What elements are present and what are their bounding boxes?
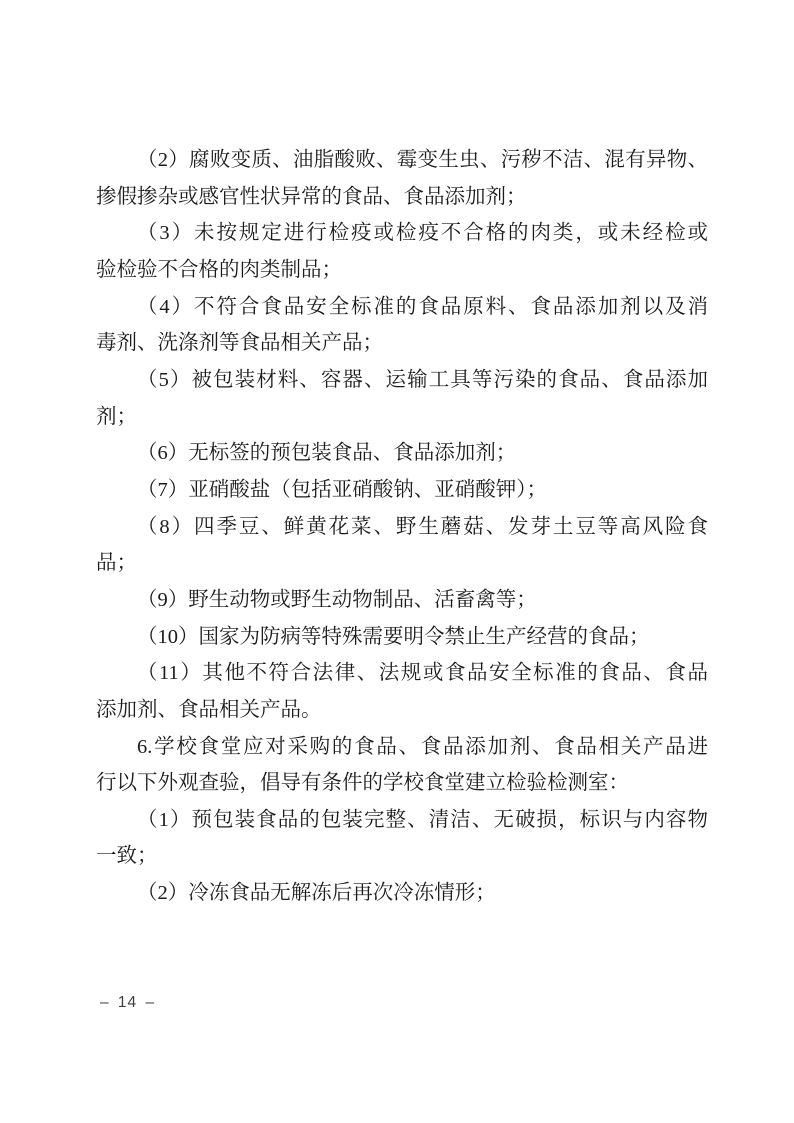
text-line: （6）无标签的预包装食品、食品添加剂； — [96, 435, 708, 472]
text-line: （9）野生动物或野生动物制品、活畜禽等； — [96, 582, 708, 619]
text-line: 6.学校食堂应对采购的食品、食品添加剂、食品相关产品进 — [96, 729, 708, 766]
text-line: （2）冷冻食品无解冻后再次冷冻情形； — [96, 875, 708, 912]
text-line: （5）被包装材料、容器、运输工具等污染的食品、食品添加 — [96, 362, 708, 399]
text-line: （4）不符合食品安全标准的食品原料、食品添加剂以及消 — [96, 289, 708, 326]
page-number: – 14 – — [100, 994, 155, 1012]
text-line: （3）未按规定进行检疫或检疫不合格的肉类，或未经检或 — [96, 215, 708, 252]
text-line: 掺假掺杂或感官性状异常的食品、食品添加剂； — [96, 179, 708, 216]
text-line: 添加剂、食品相关产品。 — [96, 692, 708, 729]
document-body: （2）腐败变质、油脂酸败、霉变生虫、污秽不洁、混有异物、 掺假掺杂或感官性状异常… — [96, 142, 708, 912]
text-line: （7）亚硝酸盐（包括亚硝酸钠、亚硝酸钾）； — [96, 472, 708, 509]
text-line: （1）预包装食品的包装完整、清洁、无破损，标识与内容物 — [96, 802, 708, 839]
text-line: （10）国家为防病等特殊需要明令禁止生产经营的食品； — [96, 619, 708, 656]
text-line: （2）腐败变质、油脂酸败、霉变生虫、污秽不洁、混有异物、 — [96, 142, 708, 179]
text-line: 品； — [96, 545, 708, 582]
text-line: 行以下外观查验，倡导有条件的学校食堂建立检验检测室： — [96, 765, 708, 802]
text-line: 验检验不合格的肉类制品； — [96, 252, 708, 289]
text-line: 一致； — [96, 838, 708, 875]
text-line: （8）四季豆、鲜黄花菜、野生蘑菇、发芽土豆等高风险食 — [96, 509, 708, 546]
text-line: 毒剂、洗涤剂等食品相关产品； — [96, 325, 708, 362]
document-page: （2）腐败变质、油脂酸败、霉变生虫、污秽不洁、混有异物、 掺假掺杂或感官性状异常… — [0, 0, 794, 1123]
text-line: （11）其他不符合法律、法规或食品安全标准的食品、食品 — [96, 655, 708, 692]
text-line: 剂； — [96, 399, 708, 436]
